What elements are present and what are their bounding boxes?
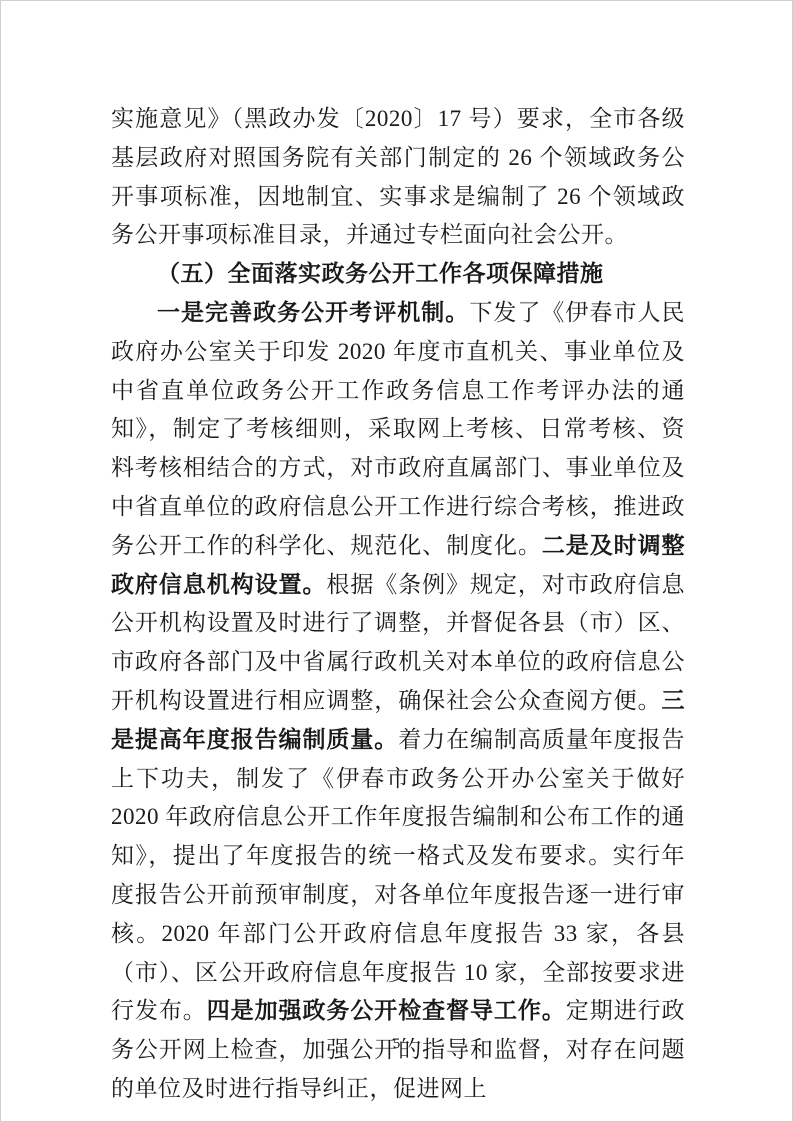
- document-body: 实施意见》（黑政办发〔2020〕17 号）要求，全市各级基层政府对照国务院有关部…: [111, 100, 685, 1109]
- bold-text-segment: 一是完善政务公开考评机制。: [157, 300, 469, 325]
- paragraph: 一是完善政务公开考评机制。下发了《伊春市人民政府办公室关于印发 2020 年度市…: [111, 294, 685, 1109]
- page-number: 5: [1, 1036, 792, 1053]
- section-heading: （五）全面落实政务公开工作各项保障措施: [111, 255, 685, 294]
- bold-text-segment: （五）全面落实政务公开工作各项保障措施: [157, 261, 604, 286]
- bold-text-segment: 四是加强政务公开检查督导工作。: [207, 998, 566, 1023]
- text-segment: 实施意见》（黑政办发〔2020〕17 号）要求，全市各级基层政府对照国务院有关部…: [111, 106, 685, 247]
- text-segment: 着力在编制高质量年度报告上下功夫，制发了《伊春市政务公开办公室关于做好 2020…: [111, 727, 685, 1024]
- document-page: 实施意见》（黑政办发〔2020〕17 号）要求，全市各级基层政府对照国务院有关部…: [0, 0, 793, 1122]
- text-segment: 下发了《伊春市人民政府办公室关于印发 2020 年度市直机关、事业单位及中省直单…: [111, 300, 685, 558]
- paragraph: 实施意见》（黑政办发〔2020〕17 号）要求，全市各级基层政府对照国务院有关部…: [111, 100, 685, 255]
